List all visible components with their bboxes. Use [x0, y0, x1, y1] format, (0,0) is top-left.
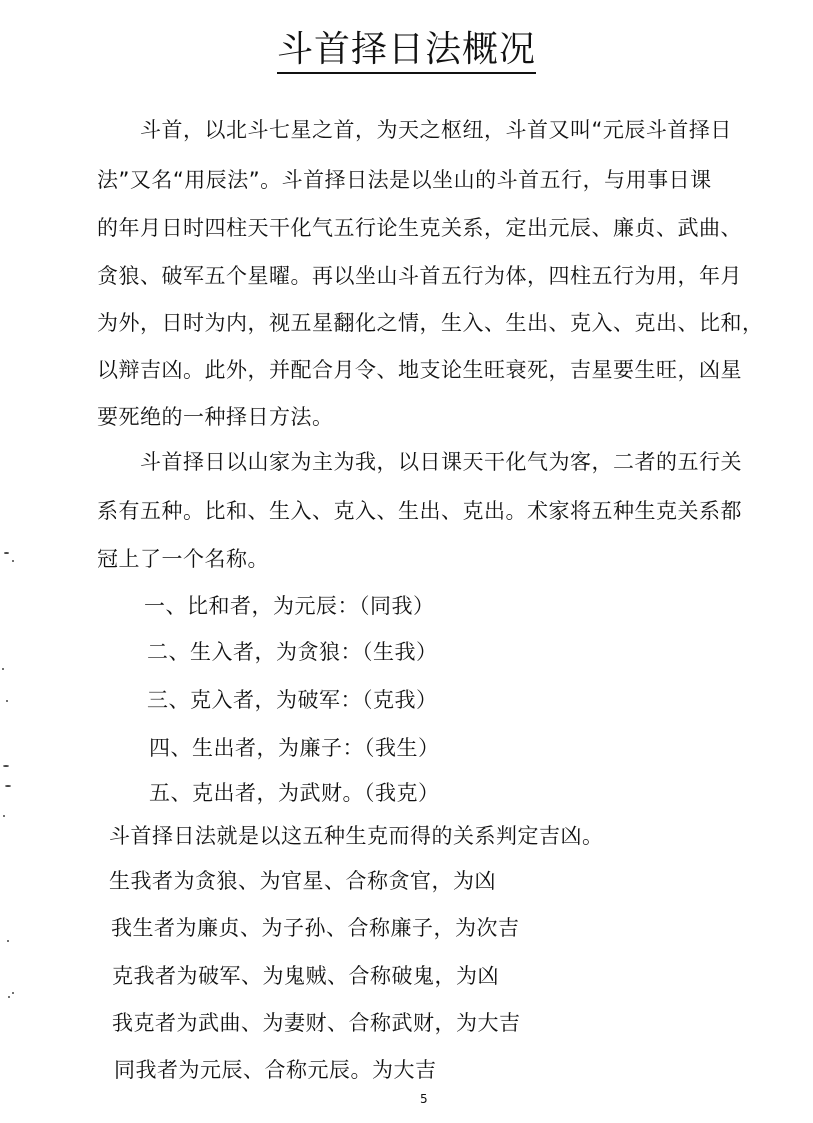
scan-speck: [12, 992, 14, 994]
paragraph1-line-6: 以辩吉凶。此外，并配合月令、地支论生旺衰死，吉星要生旺，凶星: [97, 356, 742, 384]
detail-line-5: 同我者为元辰、合称元辰。为大吉: [114, 1056, 437, 1084]
scan-speck: [3, 815, 5, 817]
scan-speck: [6, 700, 8, 702]
paragraph1-line-7: 要死绝的一种择日方法。: [97, 403, 334, 431]
paragraph1-line-1: 斗首，以北斗七星之首，为天之枢纽，斗首又叫“元辰斗首择日: [140, 116, 732, 144]
paragraph2-line-3: 冠上了一个名称。: [97, 545, 269, 573]
paragraph1-line-2: 法”又名“用辰法”。斗首择日法是以坐山的斗首五行，与用事日课: [97, 166, 712, 194]
paragraph1-line-4: 贪狼、破军五个星曜。再以坐山斗首五行为体，四柱五行为用，年月: [97, 262, 742, 290]
page-number: 5: [420, 1092, 428, 1106]
paragraph2-line-1: 斗首择日以山家为主为我，以日课天干化气为客，二者的五行关: [140, 448, 742, 476]
scan-speck: [2, 668, 4, 670]
scanned-page: 斗首择日法概况 斗首，以北斗七星之首，为天之枢纽，斗首又叫“元辰斗首择日 法”又…: [0, 0, 813, 1123]
relations-list-item-1: 一、比和者，为元辰：（同我）: [144, 592, 435, 620]
detail-line-2: 我生者为廉贞、为子孙、合称廉子，为次吉: [111, 914, 520, 942]
paragraph1-line-3: 的年月日时四柱天干化气五行论生克关系，定出元辰、廉贞、武曲、: [97, 214, 742, 242]
scan-speck: [3, 765, 9, 767]
detail-line-1: 生我者为贪狼、为官星、合称贪官，为凶: [109, 867, 496, 895]
summary-line: 斗首择日法就是以这五种生克而得的关系判定吉凶。: [109, 822, 604, 850]
paragraph2-line-2: 系有五种。比和、生入、克入、生出、克出。术家将五种生克关系都: [97, 497, 742, 525]
relations-list-item-2: 二、生入者，为贪狼：（生我）: [147, 638, 438, 666]
detail-line-3: 克我者为破军、为鬼贼、合称破鬼，为凶: [112, 962, 499, 990]
relations-list-item-3: 三、克入者，为破军：（克我）: [147, 686, 438, 714]
page-title-text: 斗首择日法概况: [277, 29, 536, 74]
scan-speck: [4, 552, 9, 554]
relations-list-item-5: 五、克出者，为武财。（我克）: [149, 779, 440, 807]
scan-speck: [12, 560, 14, 562]
detail-line-4: 我克者为武曲、为妻财、合称武财，为大吉: [112, 1009, 521, 1037]
scan-speck: [8, 996, 10, 998]
paragraph1-line-5: 为外，日时为内，视五星翻化之情，生入、生出、克入、克出、比和，: [97, 309, 764, 337]
relations-list-item-4: 四、生出者，为廉子：（我生）: [149, 734, 440, 762]
page-title: 斗首择日法概况: [0, 28, 813, 72]
scan-speck: [7, 940, 9, 942]
scan-speck: [5, 785, 11, 787]
